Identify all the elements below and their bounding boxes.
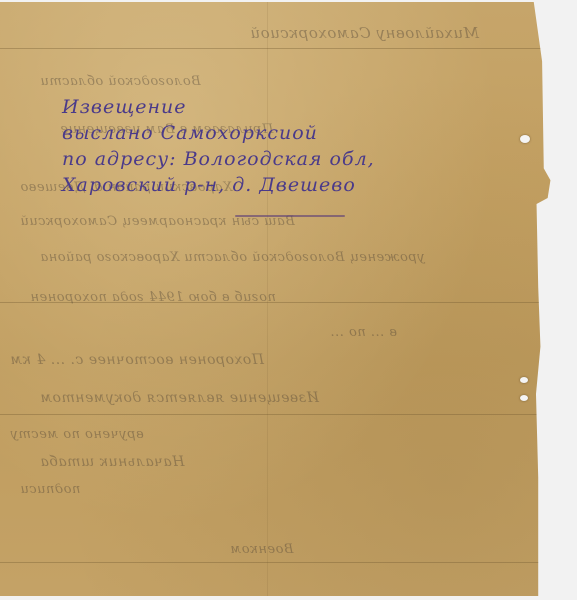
bleed-through-line: вручено по месту (10, 427, 144, 442)
bleed-through-line: подписи (20, 482, 80, 497)
bleed-through-line: погиб в бою 1944 года похоронен (30, 290, 276, 305)
bleed-through-line: уроженец Вологодской области Харовского … (40, 250, 425, 265)
bleed-through-line: в ... по ... (330, 325, 397, 340)
paper-hole (520, 395, 528, 401)
bleed-through-line: Извещение является документом (40, 390, 319, 406)
paper-hole (520, 377, 528, 383)
fold-line (0, 414, 556, 415)
bleed-through-line: Похоронен восточнее с. ... 4 км (10, 352, 264, 368)
annotation-line: Харовский р-н, д. Двешево (62, 172, 375, 198)
annotation-line: выслано Самохорксиой (62, 120, 375, 146)
fold-line (0, 48, 556, 49)
bleed-through-line: Вологодской области (40, 74, 201, 89)
fold-line (0, 562, 556, 563)
bleed-through-line: Военком (230, 542, 294, 557)
annotation-line: Извещение (62, 94, 375, 120)
bleed-through-line: Михайловну Самохорксиой (250, 24, 479, 42)
annotation-line: по адресу: Вологодская обл, (62, 146, 375, 172)
handwritten-annotation: Извещение выслано Самохорксиой по адресу… (62, 94, 375, 198)
bleed-through-line: Начальник штаба (40, 454, 184, 470)
paper-hole (520, 135, 530, 143)
document-page: Михайловну Самохорксиой Вологодской обла… (0, 2, 556, 596)
ink-underline (235, 215, 345, 217)
